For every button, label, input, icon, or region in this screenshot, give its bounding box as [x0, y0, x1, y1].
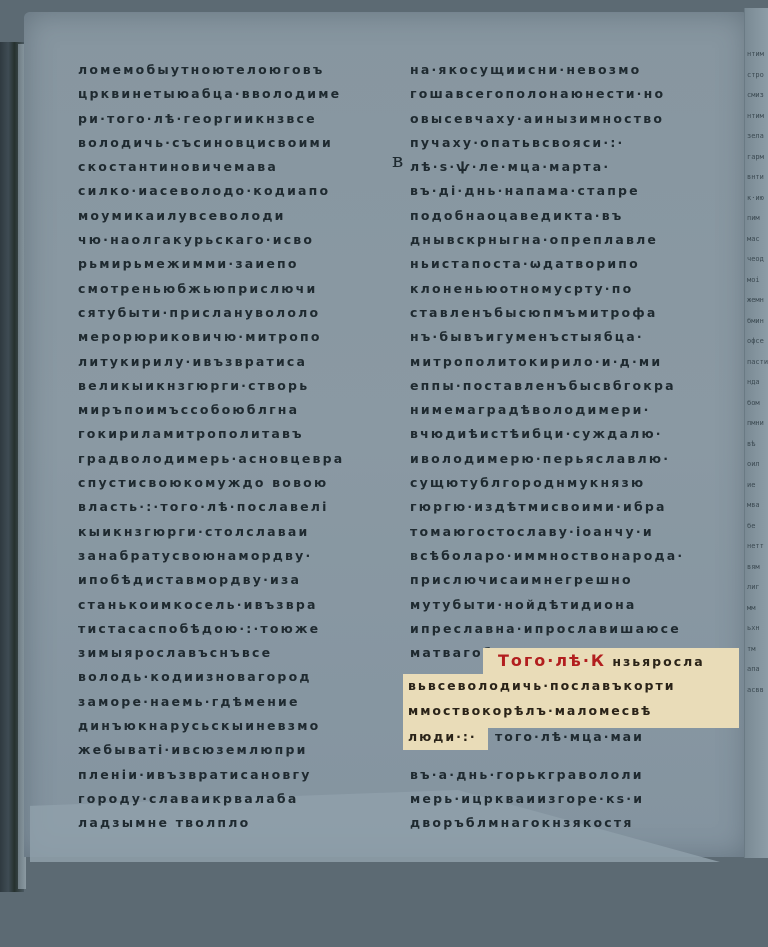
manuscript-line: вчюдиѣистѣибци·суждалю· — [410, 422, 745, 446]
highlighted-line-4: люди·:· — [408, 729, 477, 744]
adjacent-page-line: лиг — [747, 577, 768, 598]
manuscript-line: ставленъбысюпмъмитрофа — [410, 301, 745, 325]
adjacent-page-line: оил — [747, 454, 768, 475]
manuscript-line: ладзымне тволпло — [78, 811, 390, 835]
adjacent-page-line: нда — [747, 372, 768, 393]
manuscript-line: въ·а·днь·Горькгравололи — [410, 763, 745, 787]
manuscript-line: на·якосущиисни·невозмо — [410, 58, 745, 82]
adjacent-page-line: стро — [747, 65, 768, 86]
manuscript-line: ньистапоста·ѡдатворипо — [410, 252, 745, 276]
adjacent-page-line: асвв — [747, 680, 768, 701]
manuscript-line: городу·славаикрвалаба — [78, 787, 390, 811]
manuscript-line: дворъблмнагокнзякостя — [410, 811, 745, 835]
adjacent-page-line: гарм — [747, 147, 768, 168]
manuscript-line: ипреславна·ипрославишаюсе — [410, 617, 745, 641]
manuscript-line: лѣ·ѕ·ѱ·ле·мца·марта· — [410, 155, 745, 179]
manuscript-line: занабратусвоюнамордву· — [78, 544, 390, 568]
manuscript-line: зимыярославъснъвсе — [78, 641, 390, 665]
highlighted-line-2: вьвсеволодичь·пославъкорти — [408, 678, 676, 693]
marginal-initial: в — [392, 148, 403, 172]
manuscript-line: иволодимерю·перьяславлю· — [410, 447, 745, 471]
manuscript-line: силко·иасеволодо·кодиапо — [78, 179, 390, 203]
adjacent-page-line: ьхн — [747, 618, 768, 639]
manuscript-line: великыикнзгюрги·створь — [78, 374, 390, 398]
adjacent-page-line: бом — [747, 393, 768, 414]
manuscript-line: клоненьюотномусрту·По — [410, 277, 745, 301]
manuscript-line: пучаху·опатьвсвояси·:· — [410, 131, 745, 155]
manuscript-line: миръпоимъссобоюблгна — [78, 398, 390, 422]
manuscript-line: станькоимкосель·ивъзвра — [78, 593, 390, 617]
adjacent-page-line: пим — [747, 208, 768, 229]
manuscript-line: овысевчаху·аинызимноство — [410, 107, 745, 131]
manuscript-line: градволодимерь·асновцевра — [78, 447, 390, 471]
manuscript-line: сущютублгороднмукнязю — [410, 471, 745, 495]
manuscript-line: мерь·ицркваиизгоре·кѕ·и — [410, 787, 745, 811]
manuscript-line: нъ·бывъигуменъстыябца· — [410, 325, 745, 349]
manuscript-line: гошавсегополонаюнести·но — [410, 82, 745, 106]
left-text-column: ломемобыутноютелоюговъцрквинетыюабца·вво… — [78, 58, 390, 836]
manuscript-line: томаюгостославу·іоанчу·и — [410, 520, 745, 544]
manuscript-line: ломемобыутноютелоюговъ — [78, 58, 390, 82]
adjacent-page-line: мва — [747, 495, 768, 516]
highlighted-line-3: ммоствокорѣлъ·маломесвѣ — [408, 703, 652, 718]
manuscript-line: володичь·съсиновцисвоими — [78, 131, 390, 155]
adjacent-page-line: жемн — [747, 290, 768, 311]
manuscript-line: ри·Того·лѣ·Георгиикнзвсе — [78, 107, 390, 131]
manuscript-line: володь·кодиизновагород — [78, 665, 390, 689]
manuscript-line: чю·наолгакурьскаго·исво — [78, 228, 390, 252]
manuscript-line: нимемаградѣволодимери· — [410, 398, 745, 422]
manuscript-line: литукирилу·ивъзвратиса — [78, 350, 390, 374]
highlighted-line-1: Того·лѣ·К нзьяросла — [498, 651, 705, 670]
adjacent-page-line: нетт — [747, 536, 768, 557]
manuscript-line: всѣболаро·иммноствонарода· — [410, 544, 745, 568]
adjacent-page-line: офсе — [747, 331, 768, 352]
manuscript-line: пленіи·ивъзвратисановгу — [78, 763, 390, 787]
adjacent-page-line: бе — [747, 516, 768, 537]
manuscript-line: скостантиновичемава — [78, 155, 390, 179]
adjacent-page-line: мм — [747, 598, 768, 619]
manuscript-line: рьмирьмежимми·заиепо — [78, 252, 390, 276]
manuscript-line: днывскрныгна·опреплавле — [410, 228, 745, 252]
manuscript-line: моумикаилувсеволоди — [78, 204, 390, 228]
adjacent-page-text: нтимстросмизнтимзелагармвнтик·июпиммасче… — [745, 8, 768, 700]
manuscript-line: еппы·поставленъбысвбгокра — [410, 374, 745, 398]
adjacent-page-line: вям — [747, 557, 768, 578]
adjacent-page-line: мас — [747, 229, 768, 250]
manuscript-line: въ·ді·днь·напама·стапре — [410, 179, 745, 203]
adjacent-page-line: вѣ — [747, 434, 768, 455]
manuscript-line: подобнаоцаведикта·въ — [410, 204, 745, 228]
continuation-text: Того·лѣ·мца·маи — [495, 729, 644, 744]
manuscript-line: мутубыти·нойдѣтидиона — [410, 593, 745, 617]
adjacent-page-line: нтим — [747, 106, 768, 127]
manuscript-line: митрополитокирило·и·д·ми — [410, 350, 745, 374]
adjacent-page-line: к·ию — [747, 188, 768, 209]
manuscript-line: тистасаспобѣдою·:·Тоюже — [78, 617, 390, 641]
adjacent-page-line: нтим — [747, 44, 768, 65]
adjacent-page-line: ие — [747, 475, 768, 496]
adjacent-page-line: тм — [747, 639, 768, 660]
adjacent-page-edge: нтимстросмизнтимзелагармвнтик·июпиммасче… — [744, 8, 768, 858]
manuscript-line: кыикнзгюрги·столславаи — [78, 520, 390, 544]
adjacent-page-line: зела — [747, 126, 768, 147]
manuscript-line: власть·:·Того·лѣ·Пославелі — [78, 495, 390, 519]
manuscript-line: гюргю·издѣтмисвоими·ибра — [410, 495, 745, 519]
adjacent-page-line: внти — [747, 167, 768, 188]
manuscript-line: спустисвоюкомуждо вовою — [78, 471, 390, 495]
adjacent-page-line: пасти — [747, 352, 768, 373]
adjacent-page-line: пмни — [747, 413, 768, 434]
adjacent-page-line: моі — [747, 270, 768, 291]
adjacent-page-line: чеод — [747, 249, 768, 270]
manuscript-line: црквинетыюабца·вволодиме — [78, 82, 390, 106]
manuscript-line: смотреньюбжьюприслючи — [78, 277, 390, 301]
manuscript-line: гокириламитрополитавъ — [78, 422, 390, 446]
manuscript-line: ипобѣдиставмордву·иза — [78, 568, 390, 592]
adjacent-page-line: смиз — [747, 85, 768, 106]
manuscript-line: мерорюриковичю·митропо — [78, 325, 390, 349]
adjacent-page-line: апа — [747, 659, 768, 680]
manuscript-line: прислючисаимнегрешно — [410, 568, 745, 592]
manuscript-line: жебываті·ивсюземлюпри — [78, 738, 390, 762]
manuscript-line: заморе·наемь·гдѣмение — [78, 690, 390, 714]
rubric-text: Того·лѣ·К — [498, 651, 606, 670]
highlighted-text: нзьяросла — [612, 654, 704, 669]
manuscript-line: сятубыти·присланувололо — [78, 301, 390, 325]
adjacent-page-line: бмин — [747, 311, 768, 332]
manuscript-line: динъюкнарусьскыиневзмо — [78, 714, 390, 738]
